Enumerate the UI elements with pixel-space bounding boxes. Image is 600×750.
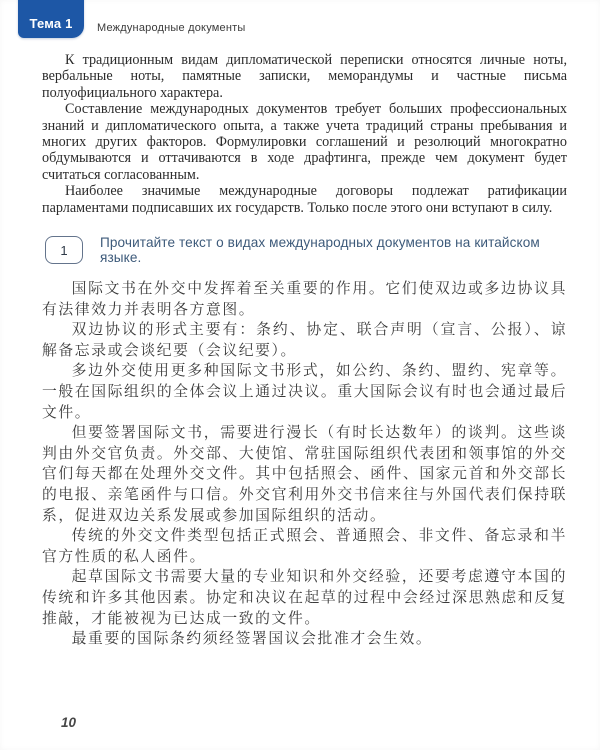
chinese-paragraph: 起草国际文书需要大量的专业知识和外交经验，还要考虑遵守本国的传统和许多其他因素。…	[42, 567, 567, 629]
chinese-paragraph: 但要签署国际文书，需要进行漫长（有时长达数年）的谈判。这些谈判由外交官负责。外交…	[42, 423, 567, 526]
theme-tab-label: Тема 1	[29, 16, 72, 38]
page-number: 10	[61, 715, 76, 730]
theme-tab: Тема 1	[18, 0, 84, 38]
chinese-paragraph: 传统的外交文件类型包括正式照会、普通照会、非文件、备忘录和半官方性质的私人函件。	[42, 526, 567, 567]
chinese-reading-text: 国际文书在外交中发挥着至关重要的作用。它们使双边或多边协议具有法律效力并表明各方…	[42, 279, 567, 650]
page-content: К традиционным видам дипломатической пер…	[42, 52, 567, 650]
chinese-paragraph: 多边外交使用更多种国际文书形式，如公约、条约、盟约、宪章等。一般在国际组织的全体…	[42, 361, 567, 423]
intro-paragraph: К традиционным видам дипломатической пер…	[42, 52, 567, 101]
intro-paragraph: Составление международных документов тре…	[42, 101, 567, 183]
intro-paragraph: Наиболее значимые международные договоры…	[42, 183, 567, 216]
chapter-title: Международные документы	[97, 22, 245, 34]
exercise-instruction: Прочитайте текст о видах международных д…	[100, 235, 567, 265]
chinese-paragraph: 最重要的国际条约须经签署国议会批准才会生效。	[42, 629, 567, 650]
exercise-number-badge: 1	[45, 236, 83, 264]
textbook-page: Тема 1 Международные документы К традици…	[0, 0, 600, 750]
chinese-paragraph: 国际文书在外交中发挥着至关重要的作用。它们使双边或多边协议具有法律效力并表明各方…	[42, 279, 567, 320]
exercise-header: 1 Прочитайте текст о видах международных…	[42, 235, 567, 265]
chinese-paragraph: 双边协议的形式主要有：条约、协定、联合声明（宣言、公报）、谅解备忘录或会谈纪要（…	[42, 320, 567, 361]
